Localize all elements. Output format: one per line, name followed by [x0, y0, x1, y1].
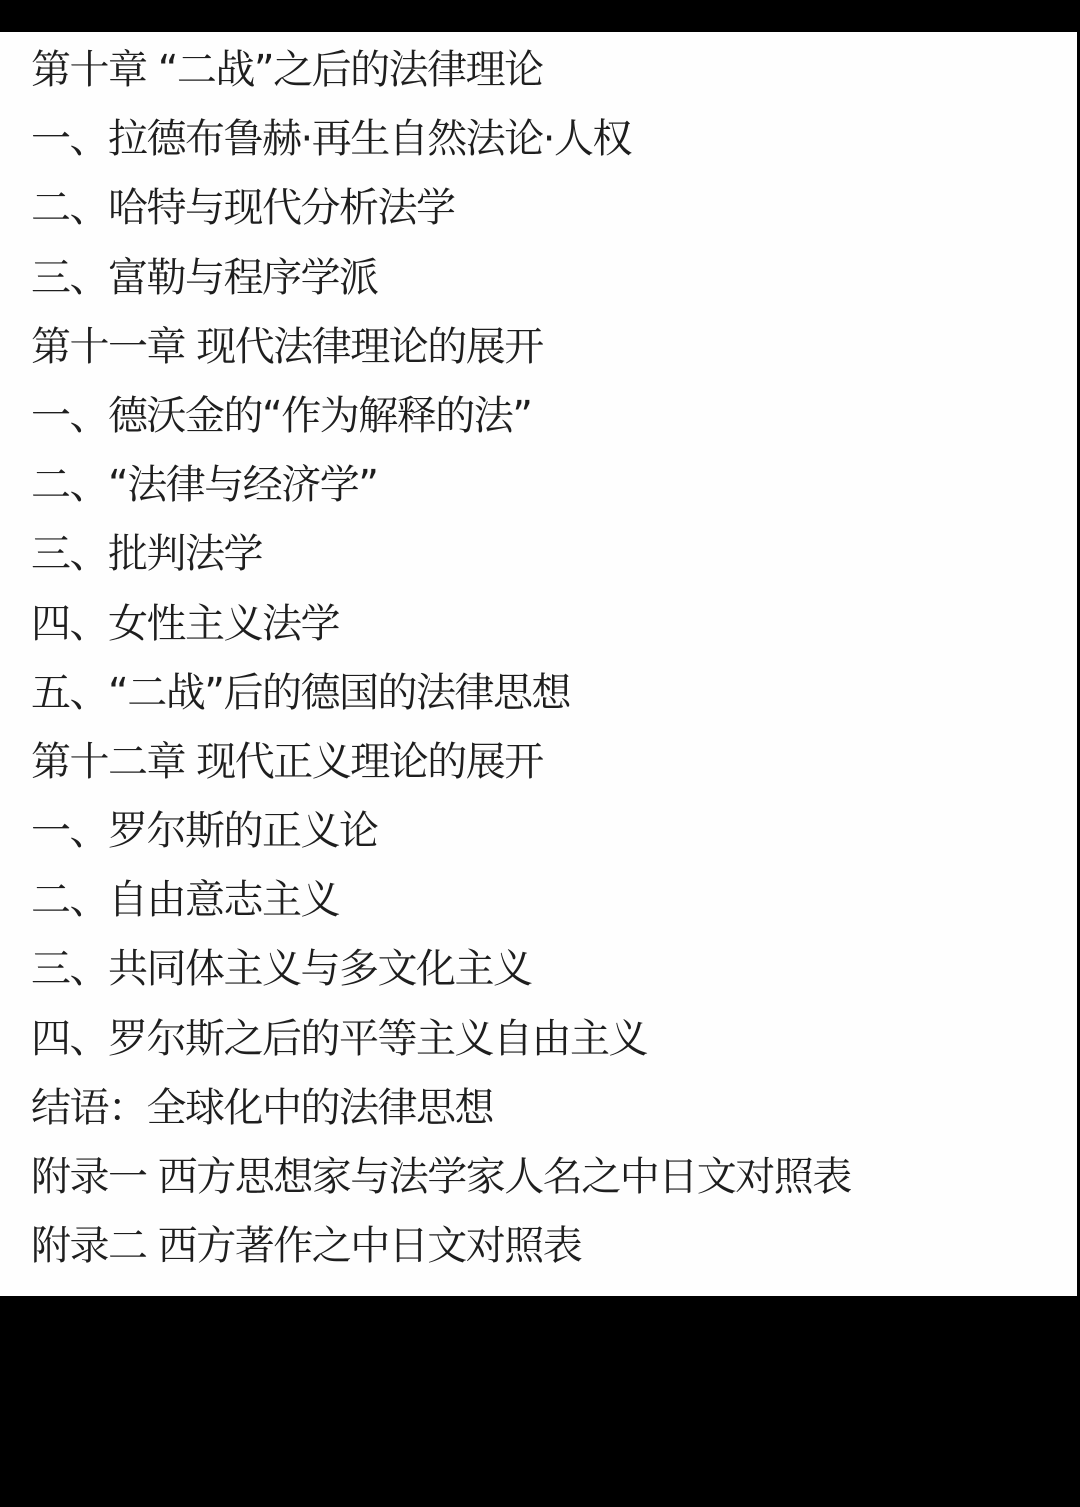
toc-appendix-2: 附录二 西方著作之中日文对照表: [31, 1212, 851, 1281]
toc-chapter-10: 第十章 “二战”之后的法律理论: [31, 36, 851, 105]
toc-section: 三、富勒与程序学派: [31, 244, 851, 313]
toc-section: 四、罗尔斯之后的平等主义自由主义: [31, 1005, 851, 1074]
toc-chapter-11: 第十一章 现代法律理论的展开: [31, 313, 851, 382]
toc-section: 三、批判法学: [31, 520, 851, 589]
toc-chapter-12: 第十二章 现代正义理论的展开: [31, 728, 851, 797]
toc-section: 一、拉德布鲁赫·再生自然法论·人权: [31, 105, 851, 174]
toc-section: 三、共同体主义与多文化主义: [31, 935, 851, 1004]
document-page: 第十章 “二战”之后的法律理论 一、拉德布鲁赫·再生自然法论·人权 二、哈特与现…: [0, 32, 1077, 1296]
toc-section: 一、德沃金的“作为解释的法”: [31, 382, 851, 451]
table-of-contents: 第十章 “二战”之后的法律理论 一、拉德布鲁赫·再生自然法论·人权 二、哈特与现…: [31, 36, 851, 1281]
cutoff-link-text[interactable]: ……: [200, 1286, 280, 1296]
toc-section: 二、哈特与现代分析法学: [31, 174, 851, 243]
toc-section: 五、“二战”后的德国的法律思想: [31, 659, 851, 728]
toc-section: 二、“法律与经济学”: [31, 451, 851, 520]
toc-section: 一、罗尔斯的正义论: [31, 797, 851, 866]
toc-conclusion: 结语：全球化中的法律思想: [31, 1074, 851, 1143]
toc-section: 二、自由意志主义: [31, 866, 851, 935]
toc-section: 四、女性主义法学: [31, 590, 851, 659]
toc-appendix-1: 附录一 西方思想家与法学家人名之中日文对照表: [31, 1143, 851, 1212]
